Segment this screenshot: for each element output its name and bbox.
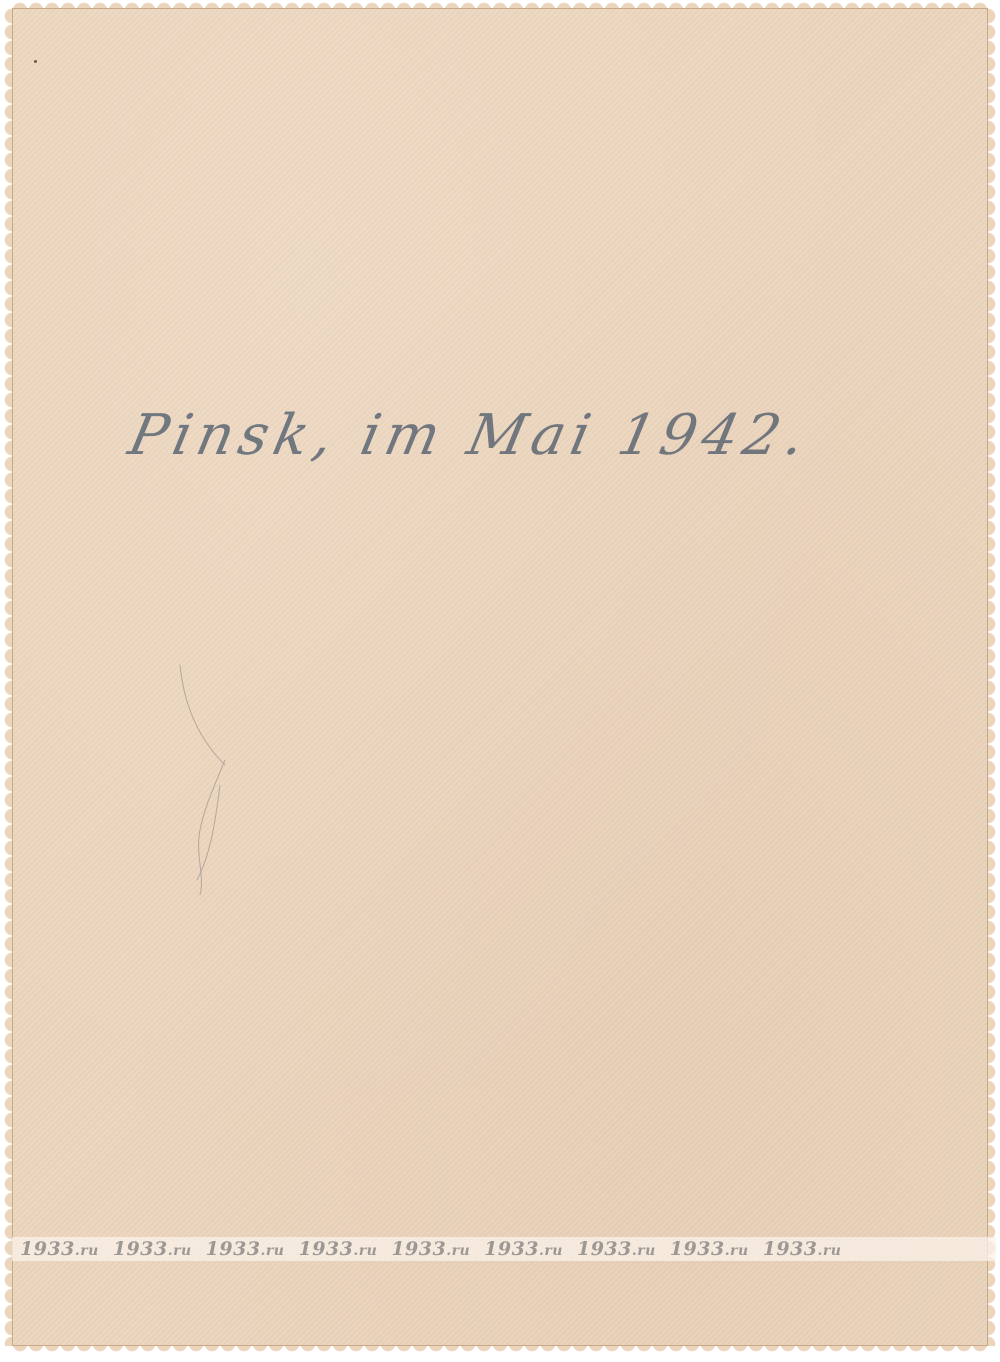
- photo-card-back: [12, 8, 988, 1346]
- handwritten-caption: Pinsk, im Mai 1942.: [130, 385, 830, 485]
- watermark: 1933.ru: [577, 1238, 656, 1260]
- watermark: 1933.ru: [206, 1238, 285, 1260]
- watermark-strip: 1933.ru 1933.ru 1933.ru 1933.ru 1933.ru …: [12, 1237, 996, 1261]
- watermark: 1933.ru: [391, 1238, 470, 1260]
- deckle-edge-right: [988, 8, 998, 1346]
- watermark: 1933.ru: [113, 1238, 192, 1260]
- watermark: 1933.ru: [298, 1238, 377, 1260]
- watermark: 1933.ru: [484, 1238, 563, 1260]
- watermark: 1933.ru: [763, 1238, 842, 1260]
- paper-speck: [34, 60, 37, 63]
- watermark: 1933.ru: [670, 1238, 749, 1260]
- pencil-scribble-icon: [175, 655, 245, 895]
- deckle-edge-left: [2, 8, 12, 1346]
- handwritten-caption-text: Pinsk, im Mai 1942.: [123, 403, 816, 468]
- watermark: 1933.ru: [20, 1238, 99, 1260]
